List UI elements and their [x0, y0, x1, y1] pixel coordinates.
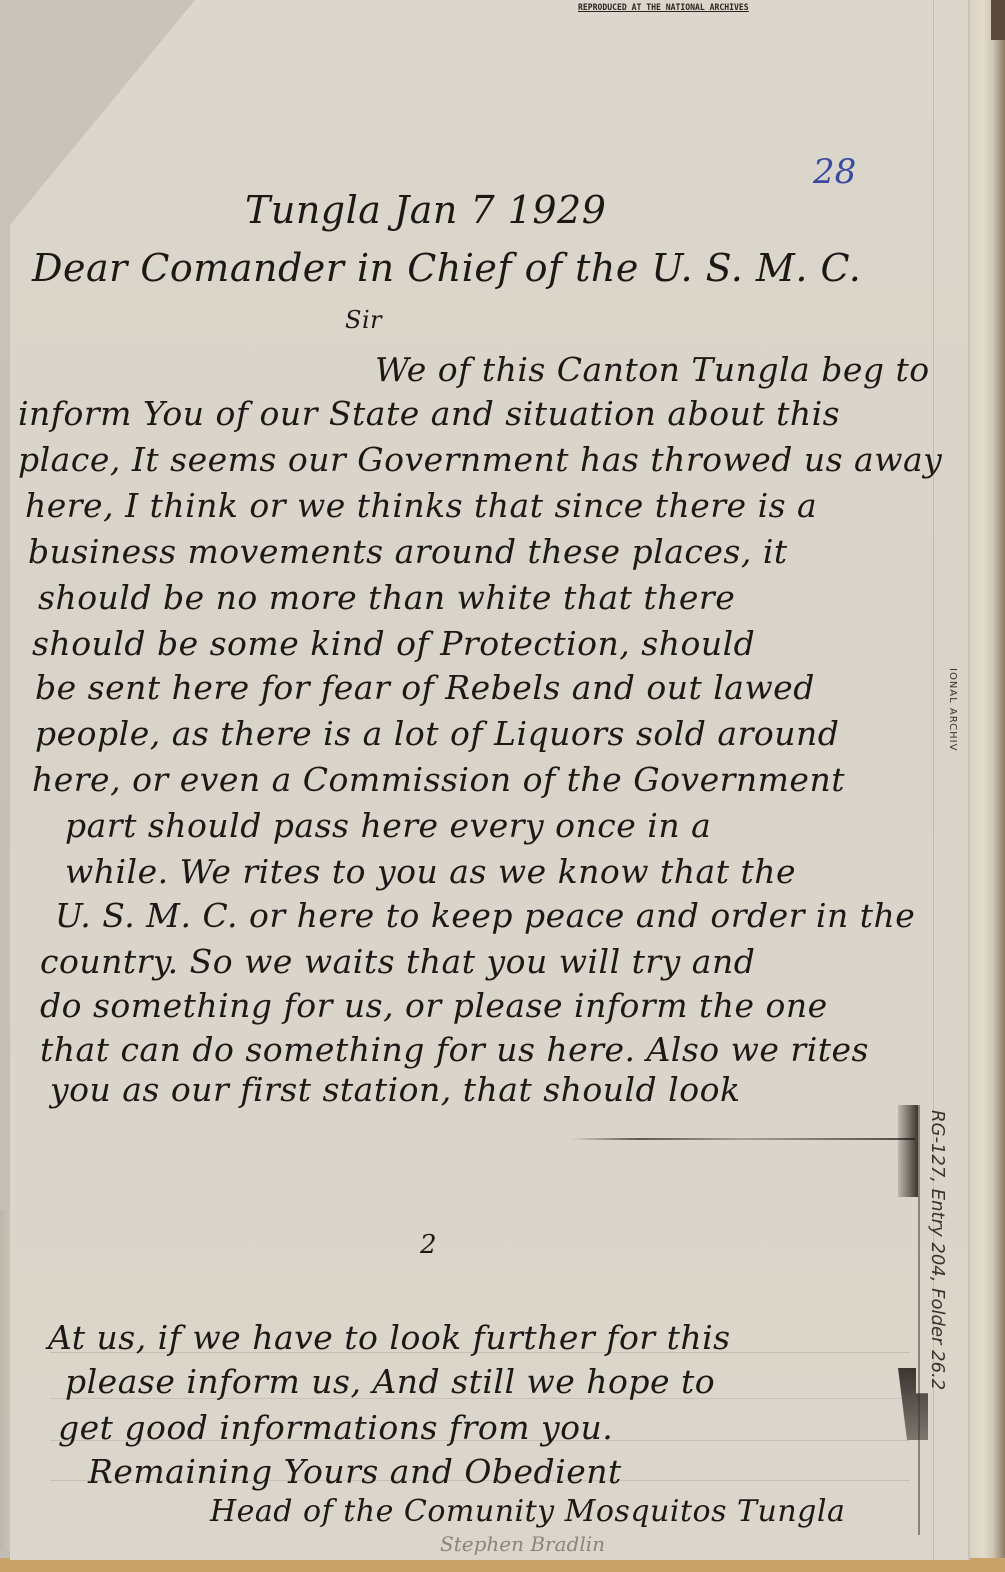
body-line: U. S. M. C. or here to keep peace and or… — [55, 896, 915, 935]
body-line: here, I think or we thinks that since th… — [25, 486, 817, 525]
folio-number: 28 — [813, 152, 856, 192]
body-line: you as our first station, that should lo… — [50, 1070, 740, 1109]
body-line: that can do something for us here. Also … — [40, 1030, 869, 1069]
archive-stamp: REPRODUCED AT THE NATIONAL ARCHIVES — [578, 3, 749, 13]
body-line-page2: At us, if we have to look further for th… — [48, 1318, 731, 1357]
manila-folder-edge — [0, 1558, 1005, 1572]
page-stack-edge — [965, 0, 1005, 1572]
body-line: part should pass here every once in a — [65, 806, 711, 845]
body-line: do something for us, or please inform th… — [40, 986, 828, 1025]
body-line: should be some kind of Protection, shoul… — [32, 624, 755, 663]
place-and-date: Tungla Jan 7 1929 — [245, 188, 606, 232]
archive-stamp-vertical: IONAL ARCHIV — [947, 668, 958, 751]
letter-page: REPRODUCED AT THE NATIONAL ARCHIVES 28 T… — [10, 0, 970, 1560]
body-line: should be no more than white that there — [38, 578, 735, 617]
body-line: while. We rites to you as we know that t… — [65, 852, 796, 891]
body-line: business movements around these places, … — [28, 532, 788, 571]
signature-line: Head of the Comunity Mosquitos Tungla — [210, 1494, 845, 1529]
salutation: Dear Comander in Chief of the U. S. M. C… — [32, 246, 861, 290]
body-line-page2: get good informations from you. — [58, 1408, 613, 1447]
body-line-page2: please inform us, And still we hope to — [65, 1362, 715, 1401]
pencil-signature: Stephen Bradlin — [440, 1532, 605, 1556]
salutation-sir: Sir — [345, 306, 382, 334]
body-line: inform You of our State and situation ab… — [18, 394, 840, 433]
photocopy-smudge — [898, 1105, 918, 1197]
body-line: place, It seems our Government has throw… — [18, 440, 942, 479]
photocopy-smudge — [898, 1368, 928, 1440]
body-line: people, as there is a lot of Liquors sol… — [35, 714, 839, 753]
closing: Remaining Yours and Obedient — [88, 1452, 622, 1491]
margin-rule — [918, 1105, 920, 1535]
body-line: be sent here for fear of Rebels and out … — [35, 668, 815, 707]
body-line: here, or even a Commission of the Govern… — [32, 760, 845, 799]
page-2-number: 2 — [420, 1230, 437, 1260]
folder-shadow — [991, 0, 1005, 40]
body-line: country. So we waits that you will try a… — [40, 942, 755, 981]
body-line: We of this Canton Tungla beg to — [375, 350, 930, 389]
archival-citation: RG-127, Entry 204, Folder 26.2 — [927, 1110, 948, 1390]
page-division-line — [570, 1138, 915, 1140]
